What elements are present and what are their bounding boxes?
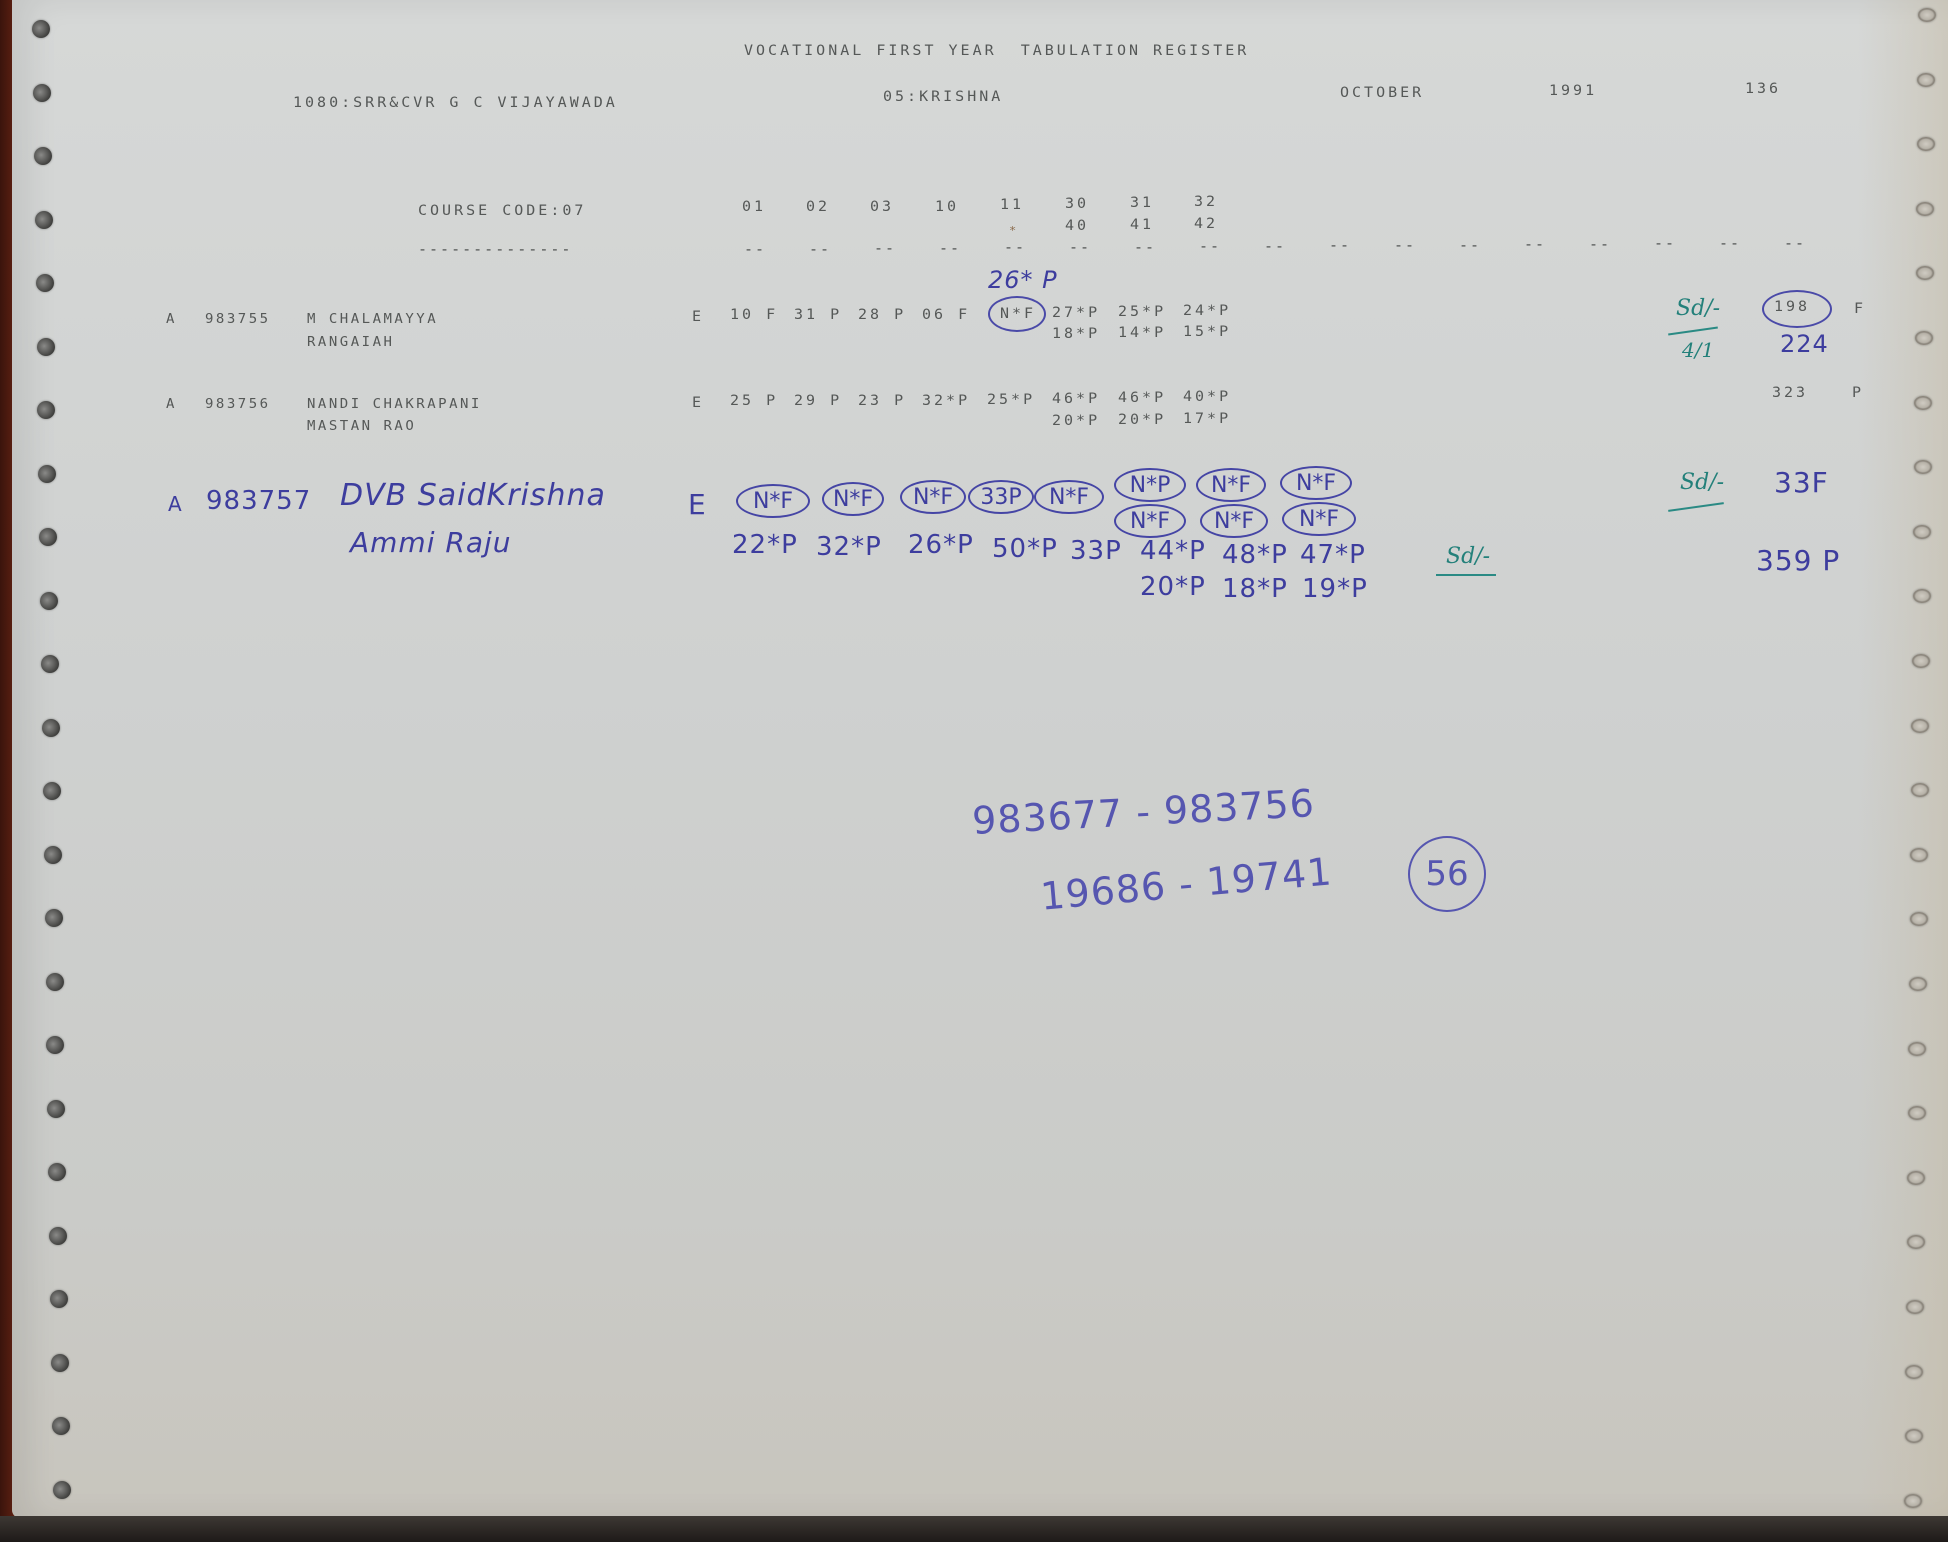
student-name-line2: MASTAN RAO <box>307 419 416 434</box>
sprocket-hole-icon <box>44 846 62 864</box>
total-initial: 33F <box>1774 466 1829 499</box>
circled-mark: N*F <box>736 484 810 518</box>
sprocket-hole-icon <box>42 719 60 737</box>
sprocket-hole-icon <box>40 592 58 610</box>
mark: 06 F <box>922 306 970 323</box>
register-sheet <box>12 0 1948 1518</box>
student-category: A <box>168 492 183 516</box>
column-dash: -- <box>1069 238 1091 256</box>
circled-mark: 33P <box>968 480 1034 514</box>
corrected-mark: 26*P <box>908 530 974 560</box>
column-dash: -- <box>809 240 831 258</box>
column-dash: -- <box>1524 235 1546 253</box>
medium: E <box>692 394 704 411</box>
mark-sub: 15*P <box>1183 323 1231 340</box>
initials-date: 4/1 <box>1682 338 1714 362</box>
page-bottom-edge <box>0 1516 1948 1542</box>
mark: 10 F <box>730 306 778 323</box>
mark: 25 P <box>730 392 778 409</box>
sprocket-hole-icon <box>1911 783 1929 797</box>
col-header: 11 <box>1000 196 1024 213</box>
corrected-mark: 32*P <box>816 532 882 562</box>
column-dash: -- <box>1784 234 1806 252</box>
sprocket-hole-icon <box>52 1417 70 1435</box>
sprocket-hole-icon <box>1915 331 1933 345</box>
mark: 23 P <box>858 392 906 409</box>
student-name: DVB SaidKrishna <box>340 478 606 513</box>
sprocket-hole-icon <box>1914 460 1932 474</box>
col-header-sub: 41 <box>1130 216 1154 233</box>
hall-ticket-number: 983755 <box>205 312 271 327</box>
sprocket-hole-icon <box>1913 525 1931 539</box>
column-dash: -- <box>1329 236 1351 254</box>
sprocket-hole-icon <box>43 782 61 800</box>
corrected-mark: 47*P <box>1300 540 1366 570</box>
mark-sub: 18*P <box>1052 325 1100 342</box>
medium: E <box>692 308 704 325</box>
total-printed: 323 <box>1772 384 1808 401</box>
handwritten-correction: 26* P <box>988 266 1058 294</box>
mark: 24*P <box>1183 302 1231 319</box>
col-header: 01 <box>742 198 766 215</box>
circled-mark: N*F <box>822 482 884 516</box>
column-dash: -- <box>1654 234 1676 252</box>
column-dash: -- <box>1589 235 1611 253</box>
student-name: M CHALAMAYYA <box>307 312 438 327</box>
corrected-mark-sub: 18*P <box>1222 574 1288 604</box>
student-category: A <box>166 397 177 412</box>
exam-month: OCTOBER <box>1340 84 1424 101</box>
signature-stroke <box>1436 574 1496 576</box>
exam-year: 1991 <box>1549 82 1597 99</box>
sprocket-hole-icon <box>33 84 51 102</box>
register-title: VOCATIONAL FIRST YEAR TABULATION REGISTE… <box>744 42 1249 59</box>
col-header-sub: 42 <box>1194 215 1218 232</box>
sprocket-hole-icon <box>1907 1235 1925 1249</box>
sprocket-hole-icon <box>34 147 52 165</box>
sprocket-hole-icon <box>1916 266 1934 280</box>
sprocket-hole-icon <box>1905 1429 1923 1443</box>
circled-mark: N*F <box>1196 468 1266 502</box>
sprocket-hole-icon <box>1918 8 1936 22</box>
course-code-label: COURSE CODE:07 <box>418 202 586 219</box>
mark: 29 P <box>794 392 842 409</box>
col-header: 10 <box>935 198 959 215</box>
circled-mark: N*F <box>900 480 966 514</box>
page-number: 136 <box>1745 80 1781 97</box>
col-header: 03 <box>870 198 894 215</box>
count-circled: 56 <box>1408 836 1486 912</box>
paper-aging-tint <box>1858 0 1948 1518</box>
mark: 25*P <box>987 391 1035 408</box>
sprocket-hole-icon <box>1911 719 1929 733</box>
sprocket-hole-icon <box>1908 1042 1926 1056</box>
corrected-mark-sub: 19*P <box>1302 574 1368 604</box>
college-code: 1080:SRR&CVR G C VIJAYAWADA <box>293 94 618 111</box>
col-header: 30 <box>1065 195 1089 212</box>
corrected-mark: 48*P <box>1222 540 1288 570</box>
circled-mark-sub: N*F <box>1200 504 1268 538</box>
sprocket-hole-icon <box>50 1290 68 1308</box>
sprocket-hole-icon <box>38 465 56 483</box>
column-dash: -- <box>874 239 896 257</box>
mark-sub: 17*P <box>1183 410 1231 427</box>
col-header: 31 <box>1130 194 1154 211</box>
circled-mark-sub: N*F <box>1282 502 1356 536</box>
col-header-sub: 40 <box>1065 217 1089 234</box>
course-code-underline: -------------- <box>418 240 572 258</box>
circle-annotation <box>988 296 1046 332</box>
examiner-initials: Sd/- <box>1680 470 1724 495</box>
sprocket-hole-icon <box>32 20 50 38</box>
mark: 32*P <box>922 392 970 409</box>
sprocket-hole-icon <box>1910 848 1928 862</box>
sprocket-hole-icon <box>51 1354 69 1372</box>
sprocket-hole-icon <box>46 973 64 991</box>
column-dash: -- <box>1459 236 1481 254</box>
column-dash: -- <box>1134 238 1156 256</box>
circled-mark: N*F <box>1280 466 1352 500</box>
sprocket-hole-icon <box>49 1227 67 1245</box>
sprocket-hole-icon <box>1904 1494 1922 1508</box>
examiner-initials: Sd/- <box>1446 544 1490 569</box>
mark: 31 P <box>794 306 842 323</box>
sprocket-hole-icon <box>45 909 63 927</box>
mark: 25*P <box>1118 303 1166 320</box>
sprocket-hole-icon <box>1908 1106 1926 1120</box>
circled-mark: N*F <box>1034 480 1104 514</box>
sprocket-hole-icon <box>35 211 53 229</box>
col-header: 02 <box>806 198 830 215</box>
total-result: F <box>1854 300 1866 317</box>
column-dash: -- <box>939 239 961 257</box>
sprocket-hole-icon <box>1917 73 1935 87</box>
circled-mark-sub: N*F <box>1114 504 1186 538</box>
total-result: P <box>1852 384 1864 401</box>
mark-sub: 20*P <box>1052 412 1100 429</box>
mark: 40*P <box>1183 388 1231 405</box>
circle-annotation <box>1762 290 1832 328</box>
sprocket-hole-icon <box>37 338 55 356</box>
corrected-mark-sub: 20*P <box>1140 572 1206 602</box>
mark-sub: 14*P <box>1118 324 1166 341</box>
corrected-mark: 44*P <box>1140 536 1206 566</box>
sprocket-hole-icon <box>1917 137 1935 151</box>
total-corrected: 359 P <box>1756 544 1840 577</box>
district: 05:KRISHNA <box>883 88 1003 105</box>
medium: E <box>688 488 707 521</box>
sprocket-hole-icon <box>1913 589 1931 603</box>
total-handwritten: 224 <box>1780 330 1829 358</box>
student-name: NANDI CHAKRAPANI <box>307 397 482 412</box>
student-category: A <box>166 312 177 327</box>
column-dash: -- <box>1004 238 1026 256</box>
sprocket-hole-icon <box>41 655 59 673</box>
hall-ticket-number: 983756 <box>205 397 271 412</box>
mark-sub: 20*P <box>1118 411 1166 428</box>
mark-dot: * <box>1009 224 1019 237</box>
sprocket-hole-icon <box>1916 202 1934 216</box>
sprocket-hole-icon <box>47 1100 65 1118</box>
sprocket-hole-icon <box>1914 396 1932 410</box>
column-dash: -- <box>1264 237 1286 255</box>
mark: 46*P <box>1052 390 1100 407</box>
mark: 28 P <box>858 306 906 323</box>
column-dash: -- <box>1394 236 1416 254</box>
examiner-initials: Sd/- <box>1676 296 1720 321</box>
mark: 27*P <box>1052 304 1100 321</box>
student-name-line2: Ammi Raju <box>350 526 512 559</box>
sprocket-hole-icon <box>1906 1300 1924 1314</box>
sprocket-hole-icon <box>1909 977 1927 991</box>
corrected-mark: 33P <box>1070 536 1122 566</box>
sprocket-hole-icon <box>36 274 54 292</box>
corrected-mark: 22*P <box>732 530 798 560</box>
circled-mark: N*P <box>1114 468 1186 502</box>
mark: 46*P <box>1118 389 1166 406</box>
col-header: 32 <box>1194 193 1218 210</box>
sprocket-hole-icon <box>1907 1171 1925 1185</box>
corrected-mark: 50*P <box>992 534 1058 564</box>
column-dash: -- <box>1199 237 1221 255</box>
student-name-line2: RANGAIAH <box>307 335 394 350</box>
column-dash: -- <box>744 240 766 258</box>
sprocket-hole-icon <box>1912 654 1930 668</box>
sprocket-hole-icon <box>1905 1365 1923 1379</box>
hall-ticket-number: 983757 <box>206 486 311 516</box>
sprocket-hole-icon <box>1910 912 1928 926</box>
sprocket-hole-icon <box>53 1481 71 1499</box>
column-dash: -- <box>1719 234 1741 252</box>
